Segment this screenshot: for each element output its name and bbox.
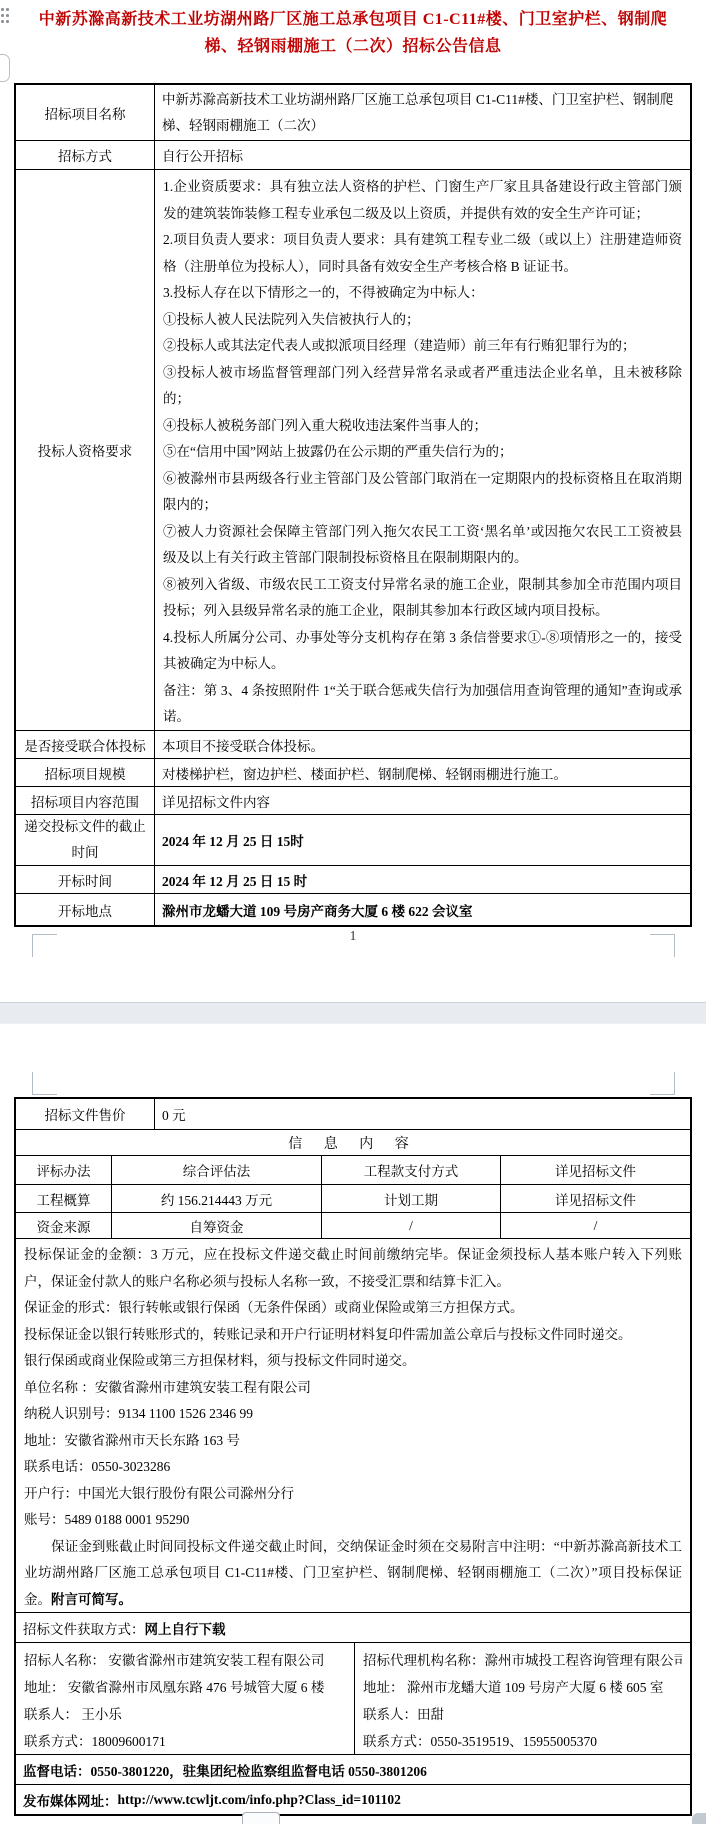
deposit-paragraphs: 投标保证金的金额：3 万元，应在投标文件递交截止时间前缴纳完毕。保证金须投标人基…	[24, 1242, 682, 1534]
paragraph: ②投标人或其法定代表人或拟派项目经理（建造师）前三年有行贿犯罪行为的；	[163, 333, 682, 360]
media-url: http://www.tcwljt.com/info.php?Class_id=…	[118, 1792, 401, 1808]
row-label: 计划工期	[321, 1185, 500, 1212]
table-row: 递交投标文件的截止时间 2024 年 12 月 25 日 15时	[16, 814, 690, 865]
supervision-phones: 监督电话：0550-3801220，驻集团纪检监察组监督电话 0550-3801…	[16, 1755, 690, 1784]
paragraph: 3.投标人存在以下情形之一的，不得被确定为中标人：	[163, 280, 682, 307]
row-label: 开标时间	[16, 866, 154, 893]
project-name-value: 中新苏滁高新技术工业坊湖州路厂区施工总承包项目 C1-C11#楼、门卫室护栏、钢…	[154, 85, 690, 140]
paragraph: ⑧被列入省级、市级农民工工资支付异常名录的施工企业，限制其参加全市范围内项目投标…	[163, 572, 682, 625]
paragraph: ①投标人被人民法院列入失信被执行人的；	[163, 307, 682, 334]
obtain-method: 招标文件获取方式：网上自行下载	[16, 1613, 690, 1642]
table-row: 招标项目规模 对楼梯护栏，窗边护栏、楼面护栏、钢制爬梯、轻钢雨棚进行施工。	[16, 758, 690, 786]
schedule-value: 详见招标文件	[500, 1185, 690, 1212]
row-label: 评标办法	[16, 1156, 111, 1184]
obtain-label: 招标文件获取方式：	[23, 1618, 145, 1638]
paragraph: 投标保证金以银行转账形式的，转账记录和开户行证明材料复印件需加盖公章后与投标文件…	[24, 1322, 682, 1349]
paragraph: ⑦被人力资源社会保障主管部门列入拖欠农民工工资‘黑名单’或因拖欠农民工工资被县级…	[163, 519, 682, 572]
bidder-address: 地址： 安徽省滁州市凤凰东路 476 号城管大厦 6 楼	[24, 1674, 346, 1701]
table-row: 工程概算 约 156.214443 万元 计划工期 详见招标文件	[16, 1184, 690, 1212]
table-row: 投标保证金的金额：3 万元，应在投标文件递交截止时间前缴纳完毕。保证金须投标人基…	[16, 1238, 690, 1612]
table-row: 监督电话：0550-3801220，驻集团纪检监察组监督电话 0550-3801…	[16, 1754, 690, 1784]
row-label: 招标项目内容范围	[16, 787, 154, 814]
fund-source-value: 自筹资金	[111, 1213, 321, 1238]
paragraph: ⑥被滁州市县两级各行业主管部门及公管部门取消在一定期限内的投标资格且在取消期限内…	[163, 466, 682, 519]
side-pill-button[interactable]	[0, 54, 10, 82]
row-label: 开标地点	[16, 894, 154, 925]
agency-contact: 联系人：田甜	[363, 1701, 682, 1728]
page-number: 1	[0, 928, 706, 944]
paragraph: 投标保证金的金额：3 万元，应在投标文件递交截止时间前缴纳完毕。保证金须投标人基…	[24, 1242, 682, 1295]
table-row: 招标文件获取方式：网上自行下载	[16, 1612, 690, 1642]
paragraph: 银行保函或商业保险或第三方担保材料，须与投标文件同时递交。	[24, 1348, 682, 1375]
deposit-final-paragraph: 保证金到账截止时间同投标文件递交截止时间，交纳保证金时须在交易附言中注明：“中新…	[24, 1534, 682, 1613]
agency-name: 招标代理机构名称：滁州市城投工程咨询管理有限公司	[363, 1647, 682, 1674]
table-row: 发布媒体网址：http://www.tcwljt.com/info.php?Cl…	[16, 1784, 690, 1814]
table-row: 资金来源 自筹资金 / /	[16, 1212, 690, 1238]
bottom-pill-button[interactable]	[242, 1812, 280, 1824]
paragraph: 纳税人识别号：9134 1100 1526 2346 99	[24, 1401, 682, 1428]
section-header: 信 息 内 容	[16, 1130, 690, 1155]
agency-info: 招标代理机构名称：滁州市城投工程咨询管理有限公司 地址： 滁州市龙蟠大道 109…	[354, 1643, 690, 1754]
table-row: 开标地点 滁州市龙蟠大道 109 号房产商务大厦 6 楼 622 会议室	[16, 893, 690, 925]
payment-method-value: 详见招标文件	[500, 1156, 690, 1184]
tender-info-table: 招标项目名称 中新苏滁高新技术工业坊湖州路厂区施工总承包项目 C1-C11#楼、…	[14, 83, 692, 927]
paragraph: 账号：5489 0188 0001 95290	[24, 1507, 682, 1534]
page-title: 中新苏滁高新技术工业坊湖州路厂区施工总承包项目 C1-C11#楼、门卫室护栏、钢…	[30, 6, 676, 60]
project-scale-value: 对楼梯护栏，窗边护栏、楼面护栏、钢制爬梯、轻钢雨棚进行施工。	[154, 759, 690, 786]
deposit-details: 投标保证金的金额：3 万元，应在投标文件递交截止时间前缴纳完毕。保证金须投标人基…	[16, 1239, 690, 1612]
row-label: 工程概算	[16, 1185, 111, 1212]
tender-method-value: 自行公开招标	[154, 141, 690, 169]
table-row: 是否接受联合体投标 本项目不接受联合体投标。	[16, 730, 690, 758]
paragraph: 2.项目负责人要求：项目负责人要求：具有建筑工程专业二级（或以上）注册建造师资格…	[163, 227, 682, 280]
paragraph: 1.企业资质要求：具有独立法人资格的护栏、门窗生产厂家且具备建设行政主管部门颁发…	[163, 174, 682, 227]
row-label: 资金来源	[16, 1213, 111, 1238]
page-separator	[0, 1002, 706, 1024]
paragraph: 保证金的形式：银行转帐或银行保函（无条件保函）或商业保险或第三方担保方式。	[24, 1295, 682, 1322]
obtain-value: 网上自行下载	[145, 1618, 226, 1638]
bidder-info: 招标人名称： 安徽省滁州市建筑安装工程有限公司 地址： 安徽省滁州市凤凰东路 4…	[16, 1643, 354, 1754]
content-scope-value: 详见招标文件内容	[154, 787, 690, 814]
paragraph: 开户行：中国光大银行股份有限公司滁州分行	[24, 1481, 682, 1508]
row-label: 递交投标文件的截止时间	[16, 815, 154, 865]
paragraph: 地址：安徽省滁州市天长东路 163 号	[24, 1428, 682, 1455]
row-label: 投标人资格要求	[16, 170, 154, 730]
paragraph: ⑤在“信用中国”网站上披露仍在公示期的严重失信行为的；	[163, 439, 682, 466]
agency-phone: 联系方式：0550-3519519、15955005370	[363, 1728, 682, 1754]
scrollbar-corner	[692, 1813, 706, 1824]
document-price-value: 0 元	[154, 1099, 690, 1129]
submission-deadline-value: 2024 年 12 月 25 日 15时	[154, 815, 690, 865]
media-label: 发布媒体网址：	[23, 1790, 118, 1810]
placeholder-value: /	[321, 1213, 500, 1238]
evaluation-method-value: 综合评估法	[111, 1156, 321, 1184]
corner-mark	[650, 934, 675, 957]
paragraph: 联系电话：0550-3023286	[24, 1454, 682, 1481]
row-label: 招标项目规模	[16, 759, 154, 786]
paragraph: 备注：第 3、4 条按照附件 1“关于联合惩戒失信行为加强信用查询管理的通知”查…	[163, 678, 682, 731]
corner-mark	[32, 1072, 57, 1095]
row-label: 工程款支付方式	[321, 1156, 500, 1184]
corner-mark	[650, 1072, 675, 1095]
deposit-final-bold: 附言可简写。	[51, 1592, 132, 1607]
bidder-name: 招标人名称： 安徽省滁州市建筑安装工程有限公司	[24, 1647, 346, 1674]
placeholder-value: /	[500, 1213, 690, 1238]
table-row: 招标人名称： 安徽省滁州市建筑安装工程有限公司 地址： 安徽省滁州市凤凰东路 4…	[16, 1642, 690, 1754]
corner-mark	[32, 934, 57, 957]
paragraph: ③投标人被市场监督管理部门列入经营异常名录或者严重违法企业名单，且未被移除的；	[163, 360, 682, 413]
budget-value: 约 156.214443 万元	[111, 1185, 321, 1212]
opening-time-value: 2024 年 12 月 25 日 15 时	[154, 866, 690, 893]
document-page: { "title": "中新苏滁高新技术工业坊湖州路厂区施工总承包项目 C1-C…	[0, 0, 706, 1824]
table-row: 评标办法 综合评估法 工程款支付方式 详见招标文件	[16, 1155, 690, 1184]
table-row: 招标项目内容范围 详见招标文件内容	[16, 786, 690, 814]
row-label: 招标项目名称	[16, 85, 154, 140]
qualification-requirements: 1.企业资质要求：具有独立法人资格的护栏、门窗生产厂家且具备建设行政主管部门颁发…	[154, 170, 690, 730]
table-row: 投标人资格要求 1.企业资质要求：具有独立法人资格的护栏、门窗生产厂家且具备建设…	[16, 169, 690, 730]
bidder-phone: 联系方式：18009600171	[24, 1728, 346, 1754]
drag-handle-icon[interactable]	[1, 8, 9, 26]
table-row: 招标项目名称 中新苏滁高新技术工业坊湖州路厂区施工总承包项目 C1-C11#楼、…	[16, 85, 690, 140]
row-label: 招标方式	[16, 141, 154, 169]
table-row: 招标文件售价 0 元	[16, 1099, 690, 1129]
bidder-contact: 联系人： 王小乐	[24, 1701, 346, 1728]
tender-detail-table: 招标文件售价 0 元 信 息 内 容 评标办法 综合评估法 工程款支付方式 详见…	[14, 1097, 692, 1816]
agency-address: 地址： 滁州市龙蟠大道 109 号房产大厦 6 楼 605 室	[363, 1674, 682, 1701]
paragraph: 4.投标人所属分公司、办事处等分支机构存在第 3 条信誉要求①-⑧项情形之一的，…	[163, 625, 682, 678]
row-label: 招标文件售价	[16, 1099, 154, 1129]
media-url-row: 发布媒体网址：http://www.tcwljt.com/info.php?Cl…	[16, 1785, 690, 1814]
table-row: 信 息 内 容	[16, 1129, 690, 1155]
consortium-value: 本项目不接受联合体投标。	[154, 731, 690, 758]
table-row: 招标方式 自行公开招标	[16, 140, 690, 169]
row-label: 是否接受联合体投标	[16, 731, 154, 758]
table-row: 开标时间 2024 年 12 月 25 日 15 时	[16, 865, 690, 893]
paragraph: 单位名称 ：安徽省滁州市建筑安装工程有限公司	[24, 1375, 682, 1402]
paragraph: ④投标人被税务部门列入重大税收违法案件当事人的；	[163, 413, 682, 440]
opening-place-value: 滁州市龙蟠大道 109 号房产商务大厦 6 楼 622 会议室	[154, 894, 690, 925]
